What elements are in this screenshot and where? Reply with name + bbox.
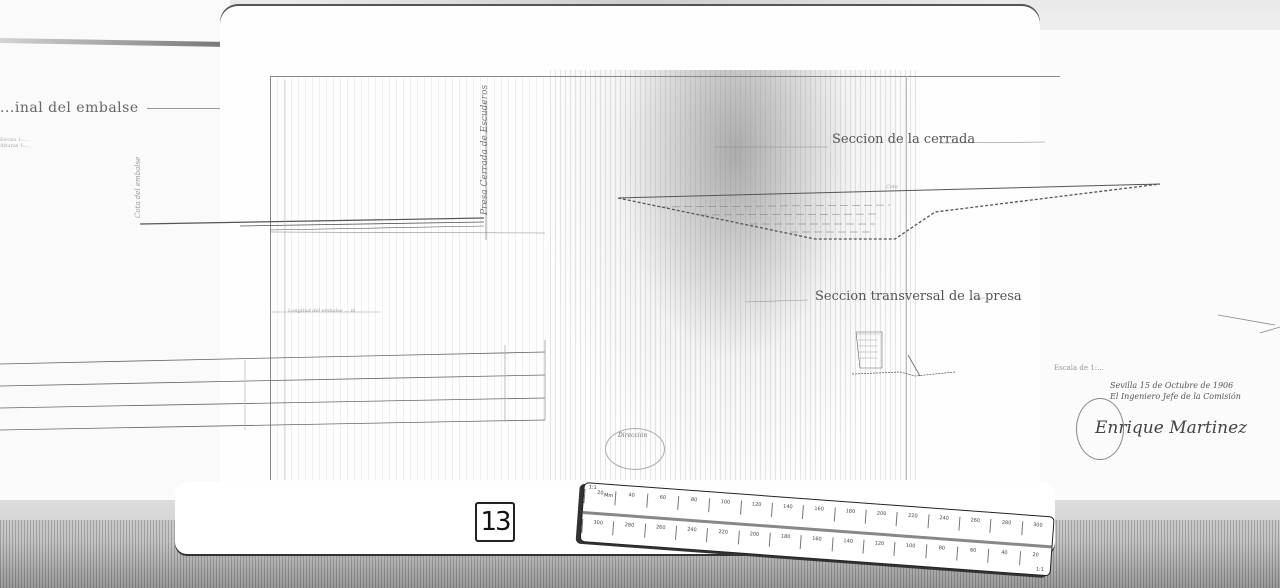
ruler-tick-label: 20	[583, 489, 615, 505]
ruler-tick-label: 40	[987, 549, 1019, 565]
ruler-tick-label: 20	[1019, 551, 1051, 567]
ruler-tick-label: 240	[675, 526, 707, 542]
ruler-tick-label: 260	[644, 524, 676, 540]
ruler-tick-label: 180	[833, 507, 865, 523]
ruler-tick-label: 60	[956, 547, 988, 563]
ruler-tick-label: 280	[613, 521, 645, 537]
ruler-tick-label: 220	[706, 528, 738, 544]
cerrada-elevation-label: Cota	[886, 184, 898, 190]
ruler-tick-label: 100	[894, 542, 926, 558]
ruler-tick-label: 240	[927, 514, 959, 530]
ruler-tick-label: 140	[771, 503, 803, 519]
ruler-tick-label: 180	[769, 533, 801, 549]
signature-date-block: Sevilla 15 de Octubre de 1906 El Ingenie…	[1110, 380, 1241, 402]
ruler-tick-label: 40	[615, 491, 647, 507]
page-number-tag: 13	[475, 502, 515, 542]
engineer-signature: Enrique Martinez	[1095, 418, 1247, 438]
ruler-tick-label: 120	[740, 501, 772, 517]
secondary-stamp-text: Dirección	[618, 432, 647, 439]
ruler-tick-label: 140	[831, 537, 863, 553]
ruler-tick-label: 300	[581, 519, 613, 535]
date-line: Sevilla 15 de Octubre de 1906	[1110, 380, 1241, 391]
ruler-tick-label: 120	[862, 540, 894, 556]
ruler-tick-label: 60	[646, 494, 678, 510]
scale-label: Escala de 1:...	[1054, 364, 1104, 372]
ruler-tick-label: 160	[802, 505, 834, 521]
section-presa-title: Seccion transversal de la presa	[815, 289, 1022, 304]
ruler-tick-label: 220	[896, 512, 928, 528]
scanned-document-scene: ...inal del embalse Escala 1:... Alturas…	[0, 0, 1280, 588]
ruler-tick-label: 80	[925, 544, 957, 560]
dam-site-vertical-label: Presa Cerrada de Escuderos	[480, 85, 490, 215]
reservoir-level-vertical-label: Cota del embalse	[134, 157, 142, 218]
ruler-tick-label: 200	[737, 530, 769, 546]
ruler-tick-label: 80	[677, 496, 709, 512]
profile-caption: Longitud del embalse ... m	[288, 308, 355, 314]
section-cerrada-title: Seccion de la cerrada	[832, 132, 975, 147]
ruler-tick-label: 260	[958, 517, 990, 533]
role-line: El Ingeniero Jefe de la Comisión	[1110, 391, 1241, 402]
ruler-end-label: 1:1	[1036, 566, 1044, 573]
cerrada-cross-section	[618, 142, 1160, 239]
ruler-tick-label: 280	[990, 519, 1022, 535]
ruler-tick-label: 300	[1021, 521, 1053, 537]
margin-marks	[1218, 315, 1280, 333]
dam-cross-section	[745, 298, 985, 376]
ruler-tick-label: 160	[800, 535, 832, 551]
profile-table	[0, 312, 545, 430]
ruler-tick-label: 100	[708, 498, 740, 514]
ruler-tick-label: 200	[865, 510, 897, 526]
